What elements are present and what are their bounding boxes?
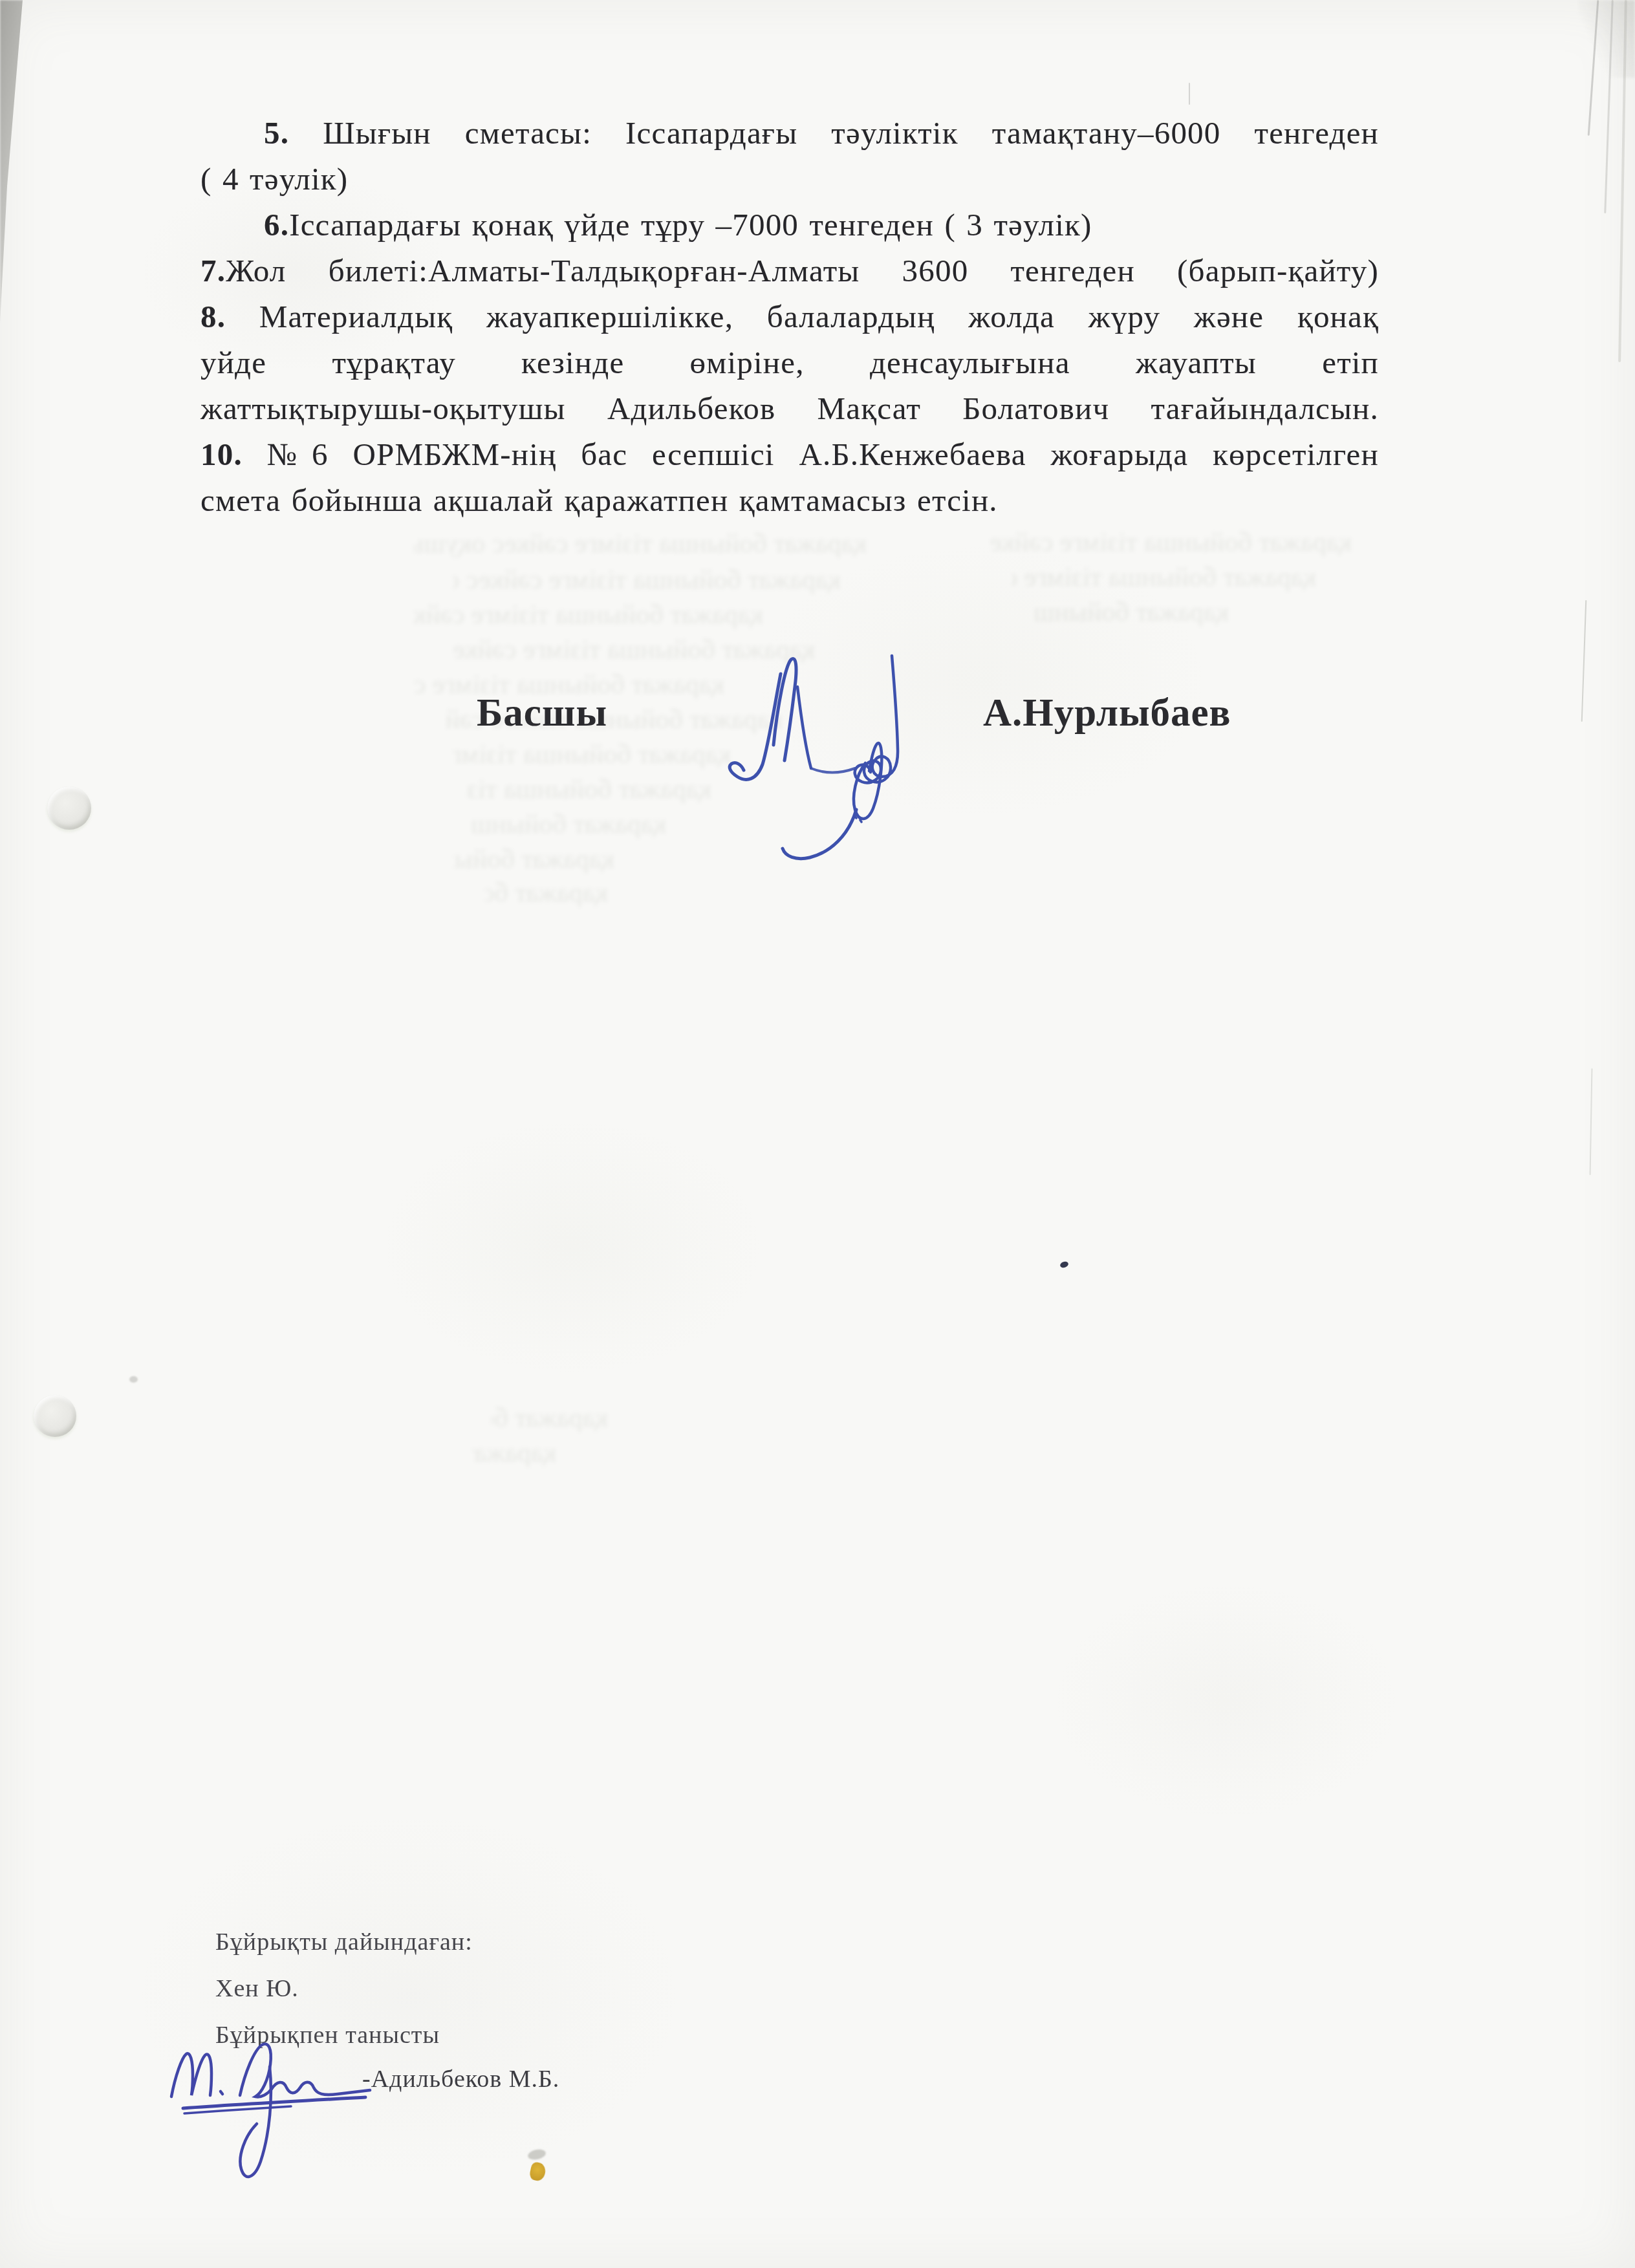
item-text: уйде тұрақтау кезінде өміріне, денсаулығ…	[200, 345, 1379, 380]
director-title: Басшы	[477, 693, 607, 733]
item-number: 7.	[200, 253, 226, 288]
item-text: Шығын сметасы: Іссапардағы тәуліктік там…	[289, 115, 1379, 151]
item-number: 5.	[264, 115, 289, 151]
ghost-text-line: қаражат бойынша тізімге сәйкес оқушылар …	[453, 741, 731, 768]
order-item-10b: смета бойынша ақшалай қаражатпен қамтама…	[200, 477, 1379, 523]
item-text: Іссапардағы қонақ үйде тұру –7000 тенгед…	[289, 207, 1092, 243]
order-item-5b: ( 4 тәулік)	[200, 156, 1379, 202]
order-item-8c: жаттықтырушы-оқытушы Адильбеков Мақсат Б…	[200, 385, 1379, 431]
order-item-6: 6.Іссапардағы қонақ үйде тұру –7000 тенг…	[200, 202, 1379, 248]
item-text: смета бойынша ақшалай қаражатпен қамтама…	[200, 482, 998, 518]
order-item-8: 8. Материалдық жауапкершілікке, балалард…	[200, 294, 1379, 340]
director-signature-ink	[711, 647, 925, 867]
gray-smudge	[527, 2148, 547, 2161]
ghost-text-line: қаражат бойынша тізімге сәйкес оқушылар …	[485, 880, 608, 907]
ghost-text-line: қаражат бойынша тізімге сәйкес оқушылар …	[453, 846, 614, 873]
item-text: Жол билеті:Алматы-Талдықорған-Алматы 360…	[226, 253, 1379, 288]
ghost-text-line: қаражат бойынша тізімге сәйкес оқушылар …	[492, 1405, 608, 1432]
ghost-text-line: қаражат бойынша тізімге сәйкес оқушылар …	[414, 530, 867, 557]
order-item-7: 7.Жол билеті:Алматы-Талдықорған-Алматы 3…	[200, 248, 1379, 294]
ghost-text-line: қаражат бойынша тізімге сәйкес оқушылар …	[472, 1440, 556, 1467]
ghost-text-line: қаражат бойынша тізімге сәйкес оқушылар …	[453, 567, 841, 594]
hole-punch	[34, 1395, 76, 1437]
scanner-edge-shadow	[0, 0, 32, 414]
prepared-by-name: Хен Ю.	[215, 1974, 299, 2003]
item-text: ( 4 тәулік)	[200, 161, 348, 197]
acquainted-signature-ink	[165, 2024, 385, 2192]
item-text: жаттықтырушы-оқытушы Адильбеков Мақсат Б…	[200, 391, 1379, 426]
item-number: 6.	[264, 207, 289, 243]
ghost-text-line: қаражат бойынша тізімге сәйкес оқушылар …	[1012, 564, 1316, 591]
order-item-5: 5. Шығын сметасы: Іссапардағы тәуліктік …	[200, 110, 1379, 156]
order-item-10: 10. №6 ОРМБЖМ-нің бас есепшісі А.Б.Кенже…	[200, 431, 1379, 477]
item-text: №6 ОРМБЖМ-нің бас есепшісі А.Б.Кенжебаев…	[243, 437, 1379, 472]
ghost-text-line: қаражат бойынша тізімге сәйкес оқушылар …	[1035, 599, 1229, 626]
prepared-by-label: Бұйрықты дайындаған:	[215, 1927, 473, 1957]
ghost-text-line: қаражат бойынша тізімге сәйкес оқушылар …	[990, 529, 1352, 556]
paper-crease	[1590, 1068, 1593, 1175]
director-name: А.Нурлыбаев	[983, 693, 1231, 733]
item-text: Материалдық жауапкершілікке, балалардың …	[226, 299, 1379, 334]
ghost-text-line: қаражат бойынша тізімге сәйкес оқушылар …	[414, 601, 763, 629]
hole-punch	[47, 786, 91, 830]
item-number: 8.	[200, 299, 226, 334]
ink-speck	[1059, 1260, 1069, 1269]
dust-speck	[129, 1376, 138, 1383]
order-text: 5. Шығын сметасы: Іссапардағы тәуліктік …	[200, 110, 1379, 523]
paper-stain	[528, 2161, 547, 2182]
paper-crease	[1189, 83, 1190, 105]
ghost-text-line: қаражат бойынша тізімге сәйкес оқушылар …	[466, 776, 711, 803]
order-item-8b: уйде тұрақтау кезінде өміріне, денсаулығ…	[200, 340, 1379, 385]
acquainted-name: -Адильбеков М.Б.	[362, 2064, 559, 2094]
item-number: 10.	[200, 437, 243, 472]
ghost-text-line: қаражат бойынша тізімге сәйкес оқушылар …	[472, 811, 666, 838]
scanned-page: қаражат бойынша тізімге сәйкес оқушылар …	[0, 0, 1635, 2268]
paper-crease	[1581, 600, 1587, 722]
